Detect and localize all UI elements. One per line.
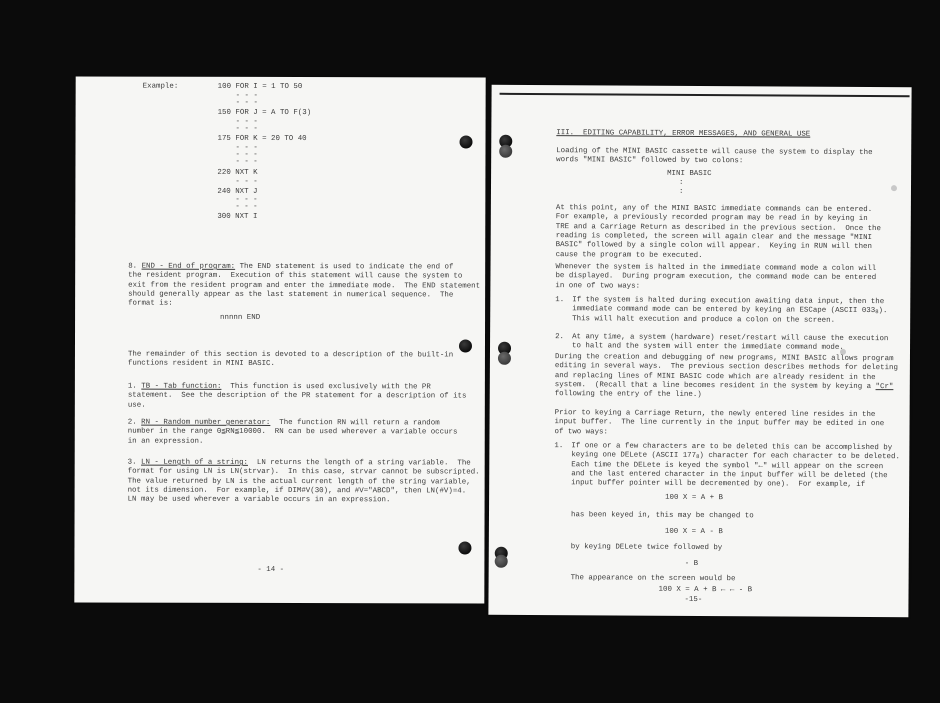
code-example: 100 FOR I = 1 TO 50- - -- - -150 FOR J =… — [76, 76, 486, 77]
punch-hole — [498, 352, 511, 365]
code-example: 100 X = A - B — [665, 528, 723, 538]
list-text-line: This will halt execution and produce a c… — [572, 315, 835, 326]
function-text-line: in an expression. — [128, 437, 204, 446]
list-text-line: to halt and the system will enter the im… — [572, 342, 844, 353]
text-line: The appearance on the screen would be — [571, 574, 736, 584]
end-heading: END - End of program: — [142, 263, 236, 271]
list-number: 1. — [554, 442, 563, 451]
text-line: has been keyed in, this may be changed t… — [571, 511, 754, 521]
code-ellipsis: - - - — [235, 158, 257, 167]
paragraph-line: cause the program to be executed. — [556, 251, 703, 261]
display-mini-basic: MINI BASIC — [667, 170, 712, 180]
punch-hole — [499, 145, 512, 158]
function-text-line: statement. See the description of the PR… — [128, 392, 467, 402]
display-colon: : — [679, 179, 684, 188]
intro-line: words "MINI BASIC" followed by two colon… — [556, 156, 743, 166]
header-rule — [500, 93, 910, 97]
functions-list: 1. TB - Tab function: This function is u… — [76, 76, 486, 77]
page-number: - 14 - — [257, 566, 284, 575]
code-line: 150 FOR J = A TO F(3) — [218, 109, 312, 119]
paper-speck — [891, 185, 897, 191]
function-text-line: use. — [128, 401, 146, 410]
list-text-line: input buffer pointer will be decremented… — [571, 479, 865, 490]
code-line: 300 NXT I — [217, 213, 257, 222]
page-14: Example: 100 FOR I = 1 TO 50- - -- - -15… — [74, 76, 485, 603]
end-text-line: should generally appear as the last stat… — [128, 290, 453, 300]
end-section-body: the resident program. Execution of this … — [76, 76, 486, 77]
code-line: 100 FOR I = 1 TO 50 — [218, 83, 303, 93]
remainder-paragraph: The remainder of this section is devoted… — [76, 76, 486, 77]
punch-hole — [458, 541, 471, 554]
page-15: III. EDITING CAPABILITY, ERROR MESSAGES,… — [488, 85, 911, 618]
list-number: 2. — [555, 333, 564, 342]
paragraph-line: following the entry of the line.) — [555, 390, 702, 400]
code-line: 220 NXT K — [217, 169, 257, 178]
punch-hole — [495, 555, 508, 568]
list-number: 1. — [555, 296, 564, 305]
text-line: by keying DELete twice followed by — [571, 543, 723, 553]
code-ellipsis: - - - — [235, 178, 257, 187]
paragraph-line: of two ways: — [554, 428, 608, 438]
code-example: 100 X = A + B — [665, 494, 723, 504]
page-15-body: Loading of the MINI BASIC cassette will … — [492, 85, 912, 88]
end-text-line: format is: — [128, 300, 173, 309]
code-ellipsis: - - - — [236, 99, 258, 108]
example-label: Example: — [143, 83, 179, 92]
code-ellipsis: - - - — [236, 125, 258, 134]
page-number: -15- — [684, 596, 702, 605]
punch-hole — [459, 339, 472, 352]
code-ellipsis: - - - — [235, 203, 257, 212]
function-text-line: LN may be used wherever a variable occur… — [128, 496, 391, 506]
paragraph-line: in one of two ways: — [555, 282, 640, 292]
end-format: nnnnn END — [220, 314, 260, 323]
section-title: III. EDITING CAPABILITY, ERROR MESSAGES,… — [556, 129, 810, 140]
paper-speck — [840, 349, 846, 355]
code-example: 100 X = A + B ← ← - B — [659, 586, 753, 596]
code-line: 175 FOR K = 20 TO 40 — [218, 135, 307, 145]
punch-hole — [460, 135, 473, 148]
display-colon: : — [679, 188, 684, 197]
code-example: - B — [685, 560, 698, 569]
remainder-line: functions resident in MINI BASIC. — [128, 360, 275, 370]
